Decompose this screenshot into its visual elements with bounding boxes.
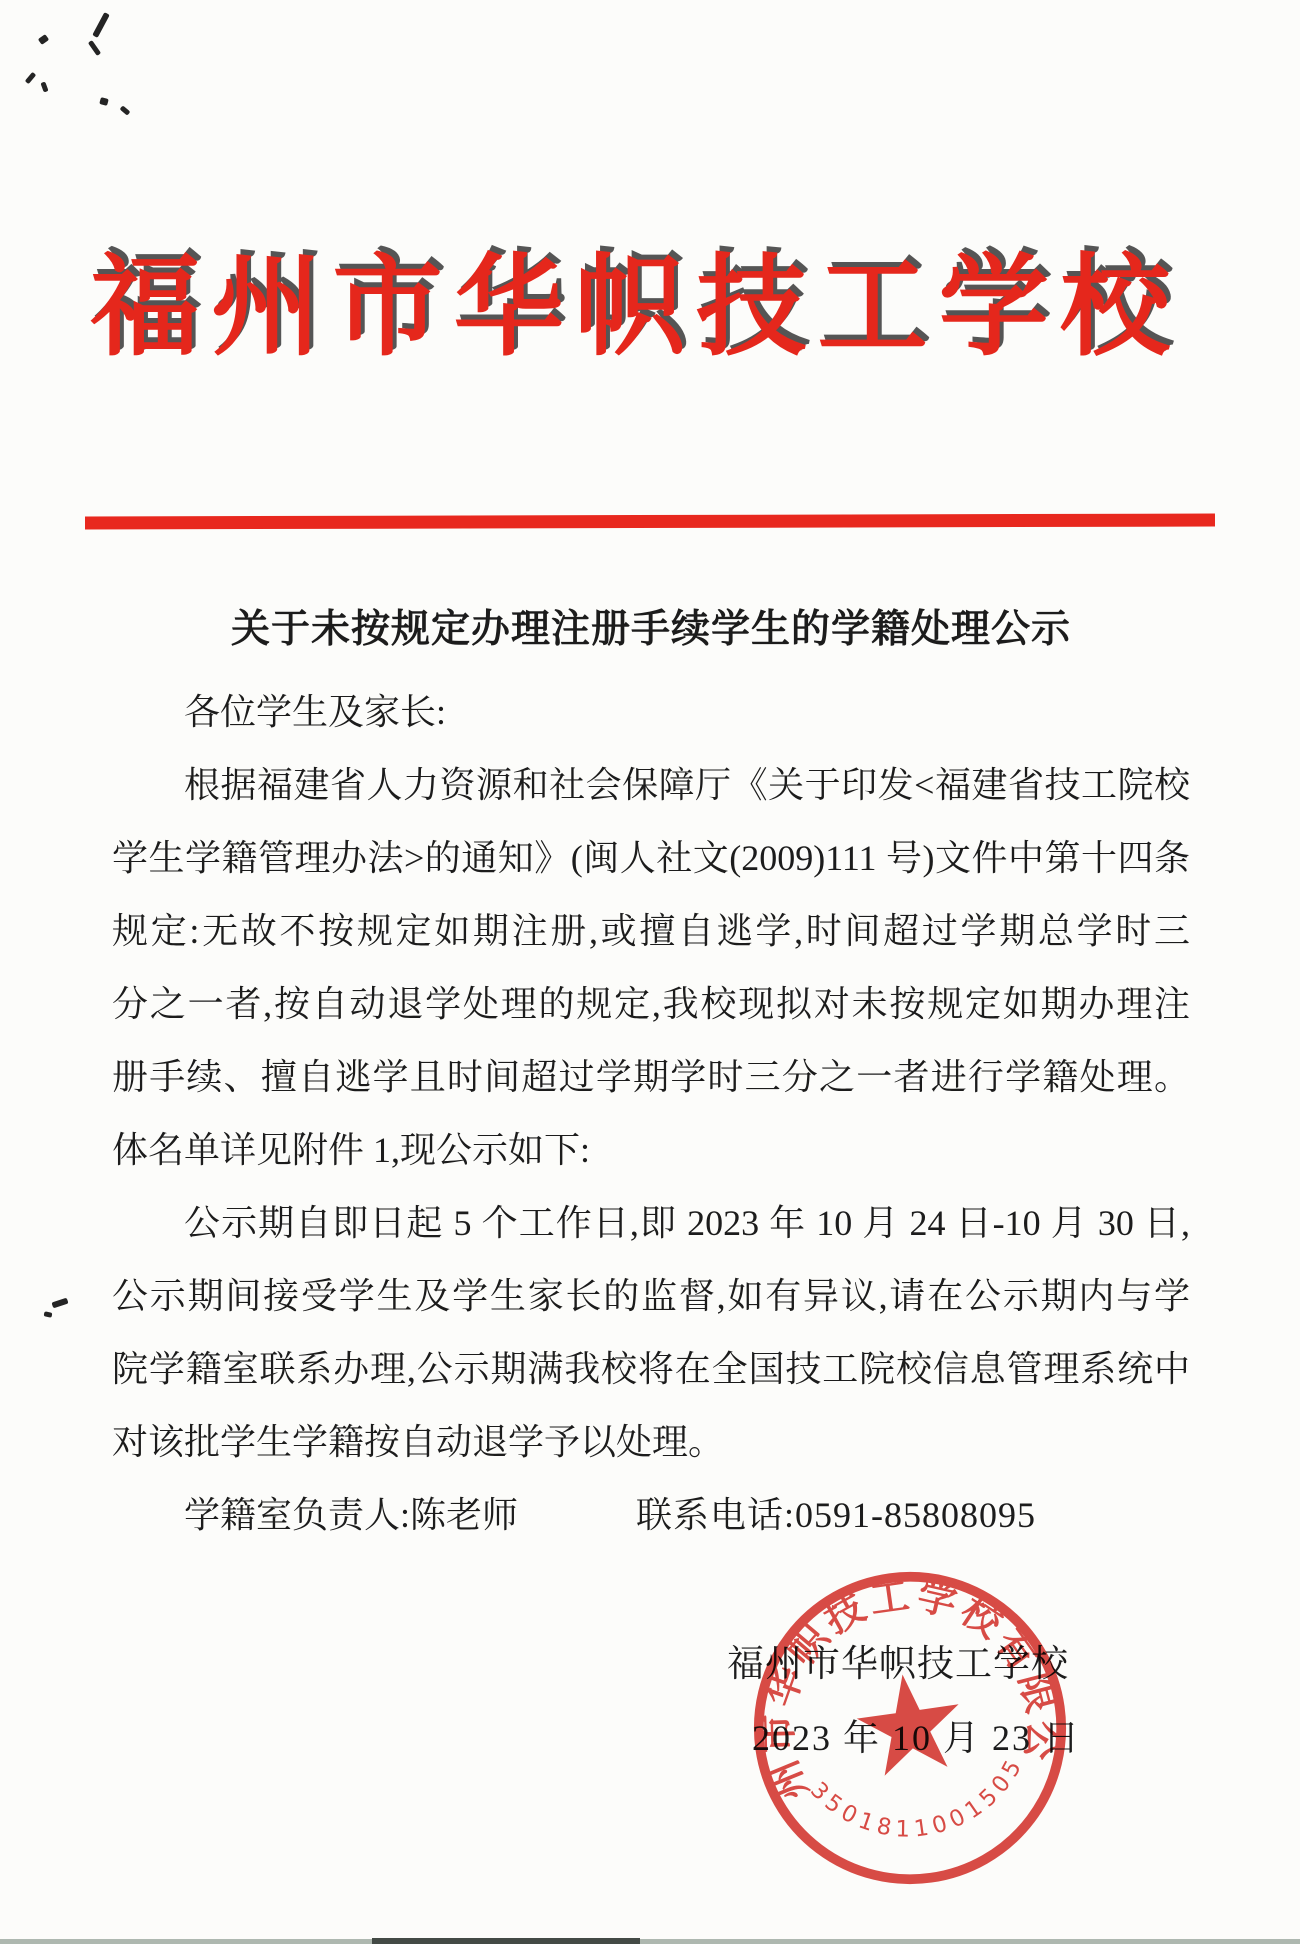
body-line: 体名单详见附件 1,现公示如下: [112, 1114, 1190, 1187]
ink-speck [99, 97, 109, 106]
letterhead-divider [85, 514, 1215, 530]
body-line: 根据福建省人力资源和社会保障厅《关于印发<福建省技工院校 [112, 749, 1190, 822]
body-line: 学生学籍管理办法>的通知》(闽人社文(2009)111 号)文件中第十四条 [112, 822, 1190, 895]
salutation-line: 各位学生及家长: [112, 676, 1190, 749]
registry-manager: 学籍室负责人:陈老师 [184, 1479, 518, 1552]
body-line: 分之一者,按自动退学处理的规定,我校现拟对未按规定如期办理注 [112, 968, 1190, 1041]
document-title: 关于未按规定办理注册手续学生的学籍处理公示 [112, 598, 1190, 654]
ink-speck [88, 40, 101, 56]
body-line: 规定:无故不按规定如期注册,或擅自逃学,时间超过学期总学时三 [112, 895, 1190, 968]
star-icon [852, 1667, 967, 1778]
ink-speck [120, 105, 131, 115]
scan-edge-line [0, 1939, 1300, 1944]
contact-phone: 联系电话:0591-85808095 [636, 1479, 1036, 1552]
body-line: 公示期间接受学生及学生家长的监督,如有异议,请在公示期内与学 [112, 1260, 1190, 1333]
ink-speck [51, 1298, 68, 1309]
scan-edge-shadow [372, 1938, 640, 1944]
seal-serial-number: 3501811001505 [803, 1749, 1038, 1857]
ink-speck [25, 72, 37, 84]
ink-speck [40, 81, 48, 92]
body-line: 册手续、擅自逃学且时间超过学期学时三分之一者进行学籍处理。具 [112, 1041, 1190, 1114]
document-body: 各位学生及家长: 根据福建省人力资源和社会保障厅《关于印发<福建省技工院校 学生… [112, 676, 1190, 1552]
ink-speck [38, 34, 49, 45]
scanned-notice-page: 福州市华帜技工学校 关于未按规定办理注册手续学生的学籍处理公示 各位学生及家长:… [0, 0, 1300, 1944]
body-line: 对该批学生学籍按自动退学予以处理。 [112, 1406, 1190, 1479]
ink-speck [92, 12, 110, 38]
body-line: 院学籍室联系办理,公示期满我校将在全国技工院校信息管理系统中 [112, 1333, 1190, 1406]
letterhead-school-name: 福州市华帜技工学校 [90, 248, 1170, 369]
body-line: 公示期自即日起 5 个工作日,即 2023 年 10 月 24 日-10 月 3… [112, 1187, 1190, 1260]
svg-text:3501811001505: 3501811001505 [803, 1749, 1038, 1857]
contact-row: 学籍室负责人:陈老师 联系电话:0591-85808095 [112, 1479, 1190, 1552]
ink-speck [44, 1311, 53, 1318]
official-seal-stamp: 福州市华帜技工学校有限公司 3501811001505 [727, 1545, 1093, 1911]
